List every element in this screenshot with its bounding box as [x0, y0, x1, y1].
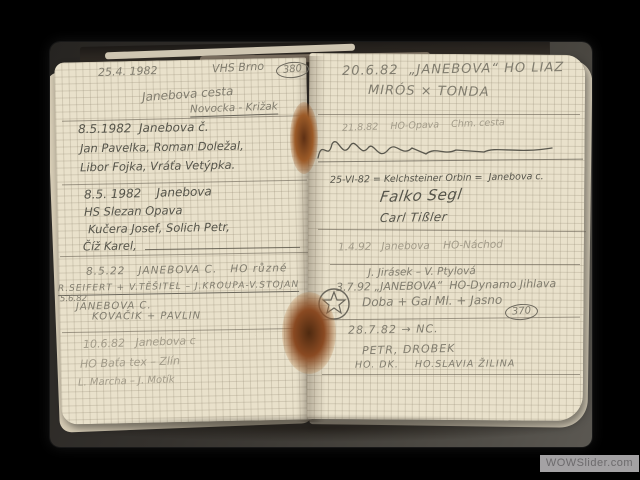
burn-stain-bottom	[282, 292, 336, 374]
handwriting-line: Jan Pavelka, Roman Doležal,	[80, 141, 244, 155]
handwriting-line: R.SEIFERT + V.TĚŠITEL – J.KROUPA-V.STOJA…	[58, 281, 299, 294]
book-shadow	[70, 414, 572, 442]
handwriting-line: HO. DK. HO.SLAVIA ŽILINA	[355, 359, 515, 370]
handwriting-line: 20.6.82 „JANEBOVA“ HO LIAZ	[342, 61, 564, 78]
handwriting-line: HO Baťa tex – Zlín	[80, 355, 180, 369]
handwriting-line: KOVAČIK + PAVLIN	[92, 312, 201, 323]
handwriting-line: Novocka - Križak	[190, 101, 278, 115]
handwriting-line: 8.5. 1982 Janebova	[84, 185, 212, 200]
handwriting-line: J. Jirásek – V. Ptylová	[368, 266, 476, 278]
handwriting-line: Kučera Josef, Solich Petr,	[88, 222, 230, 236]
signature-text: Carl Tißler	[379, 211, 448, 224]
handwriting-line: Doba + Gal Ml. + Jasno	[362, 294, 503, 308]
circled-route-number: 380	[275, 61, 309, 80]
handwriting-line: MIRÓS × TONDA	[368, 84, 490, 99]
handwriting-line: 28.7.82 → NC.	[348, 323, 439, 336]
circled-route-number: 370	[504, 303, 538, 321]
notebook-photo: 25.4. 1982 VHS Brno 380 Janebova cesta N…	[50, 42, 592, 447]
ruled-divider	[322, 374, 580, 375]
ruled-divider	[318, 114, 580, 115]
wowslider-watermark-link[interactable]: WOWSlider.com	[540, 455, 639, 472]
signature-text: Falko Segl	[379, 187, 463, 205]
slider-stage: 25.4. 1982 VHS Brno 380 Janebova cesta N…	[0, 0, 640, 480]
burn-stain-top	[290, 102, 318, 174]
handwriting-line: VHS Brno	[212, 61, 265, 75]
circled-number-370: 370	[504, 303, 538, 321]
handwriting-line: 8.5.1982 Janebova č.	[78, 121, 209, 135]
handwriting-line: PETR, DROBEK	[362, 343, 456, 356]
handwriting-line: Libor Fojka, Vráťa Vetýpka.	[80, 160, 235, 174]
handwriting-line: 25.4. 1982	[98, 65, 158, 78]
handwriting-line: HS Slezan Opava	[84, 205, 183, 218]
signature-scrawl	[316, 132, 556, 166]
handwriting-line: Číž Karel,	[83, 241, 137, 253]
handwriting-line: 1.4.92 Janebova HO-Náchod	[338, 240, 503, 253]
circled-number-380: 380	[275, 61, 309, 80]
